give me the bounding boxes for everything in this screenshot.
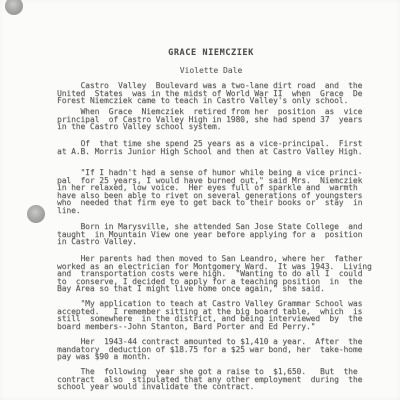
paragraph-3: Of that time she spend 25 years as a vic…: [57, 140, 362, 155]
paragraph-8: Her 1943-44 contract amounted to $1,410 …: [57, 338, 362, 361]
scanned-document-page: GRACE NIEMCZIEK Violette Dale Castro Val…: [0, 0, 400, 400]
document-title: GRACE NIEMCZIEK: [0, 48, 400, 58]
paragraph-2: When Grace Niemcziek retired from her po…: [57, 108, 362, 131]
paragraph-9: The following year she got a raise to $1…: [57, 368, 362, 391]
paragraph-6: Her parents had then moved to San Leandr…: [57, 255, 372, 293]
paragraph-5: Born in Marysville, she attended San Jos…: [57, 223, 362, 246]
hole-punch-middle: [27, 205, 45, 223]
hole-punch-top: [5, 0, 23, 15]
document-byline: Violette Dale: [0, 66, 400, 75]
paragraph-4: "If I hadn't had a sense of humor while …: [57, 169, 362, 215]
paragraph-7: "My application to teach at Castro Valle…: [57, 300, 362, 330]
paragraph-1: Castro Valley Boulevard was a two-lane d…: [57, 82, 362, 105]
